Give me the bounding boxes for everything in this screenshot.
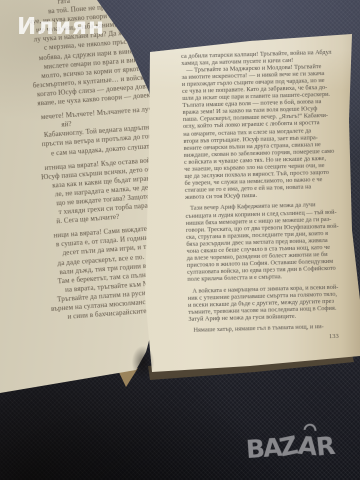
gutter-shadow [128,340,158,385]
right-page-text: са добили татарски калпаци! Тръгвайте, в… [181,48,356,334]
shopping-bag-icon: A [296,431,316,461]
page-number: 133 [329,333,339,340]
seller-watermark: Илиян [17,14,105,40]
book-photo: гата ва той. Поне не праи, кони викюва н… [0,0,360,480]
logo-letters-ba: BA [245,433,281,464]
logo-letter-r: R [314,431,334,462]
bazar-logo: BAZAR [246,431,334,463]
